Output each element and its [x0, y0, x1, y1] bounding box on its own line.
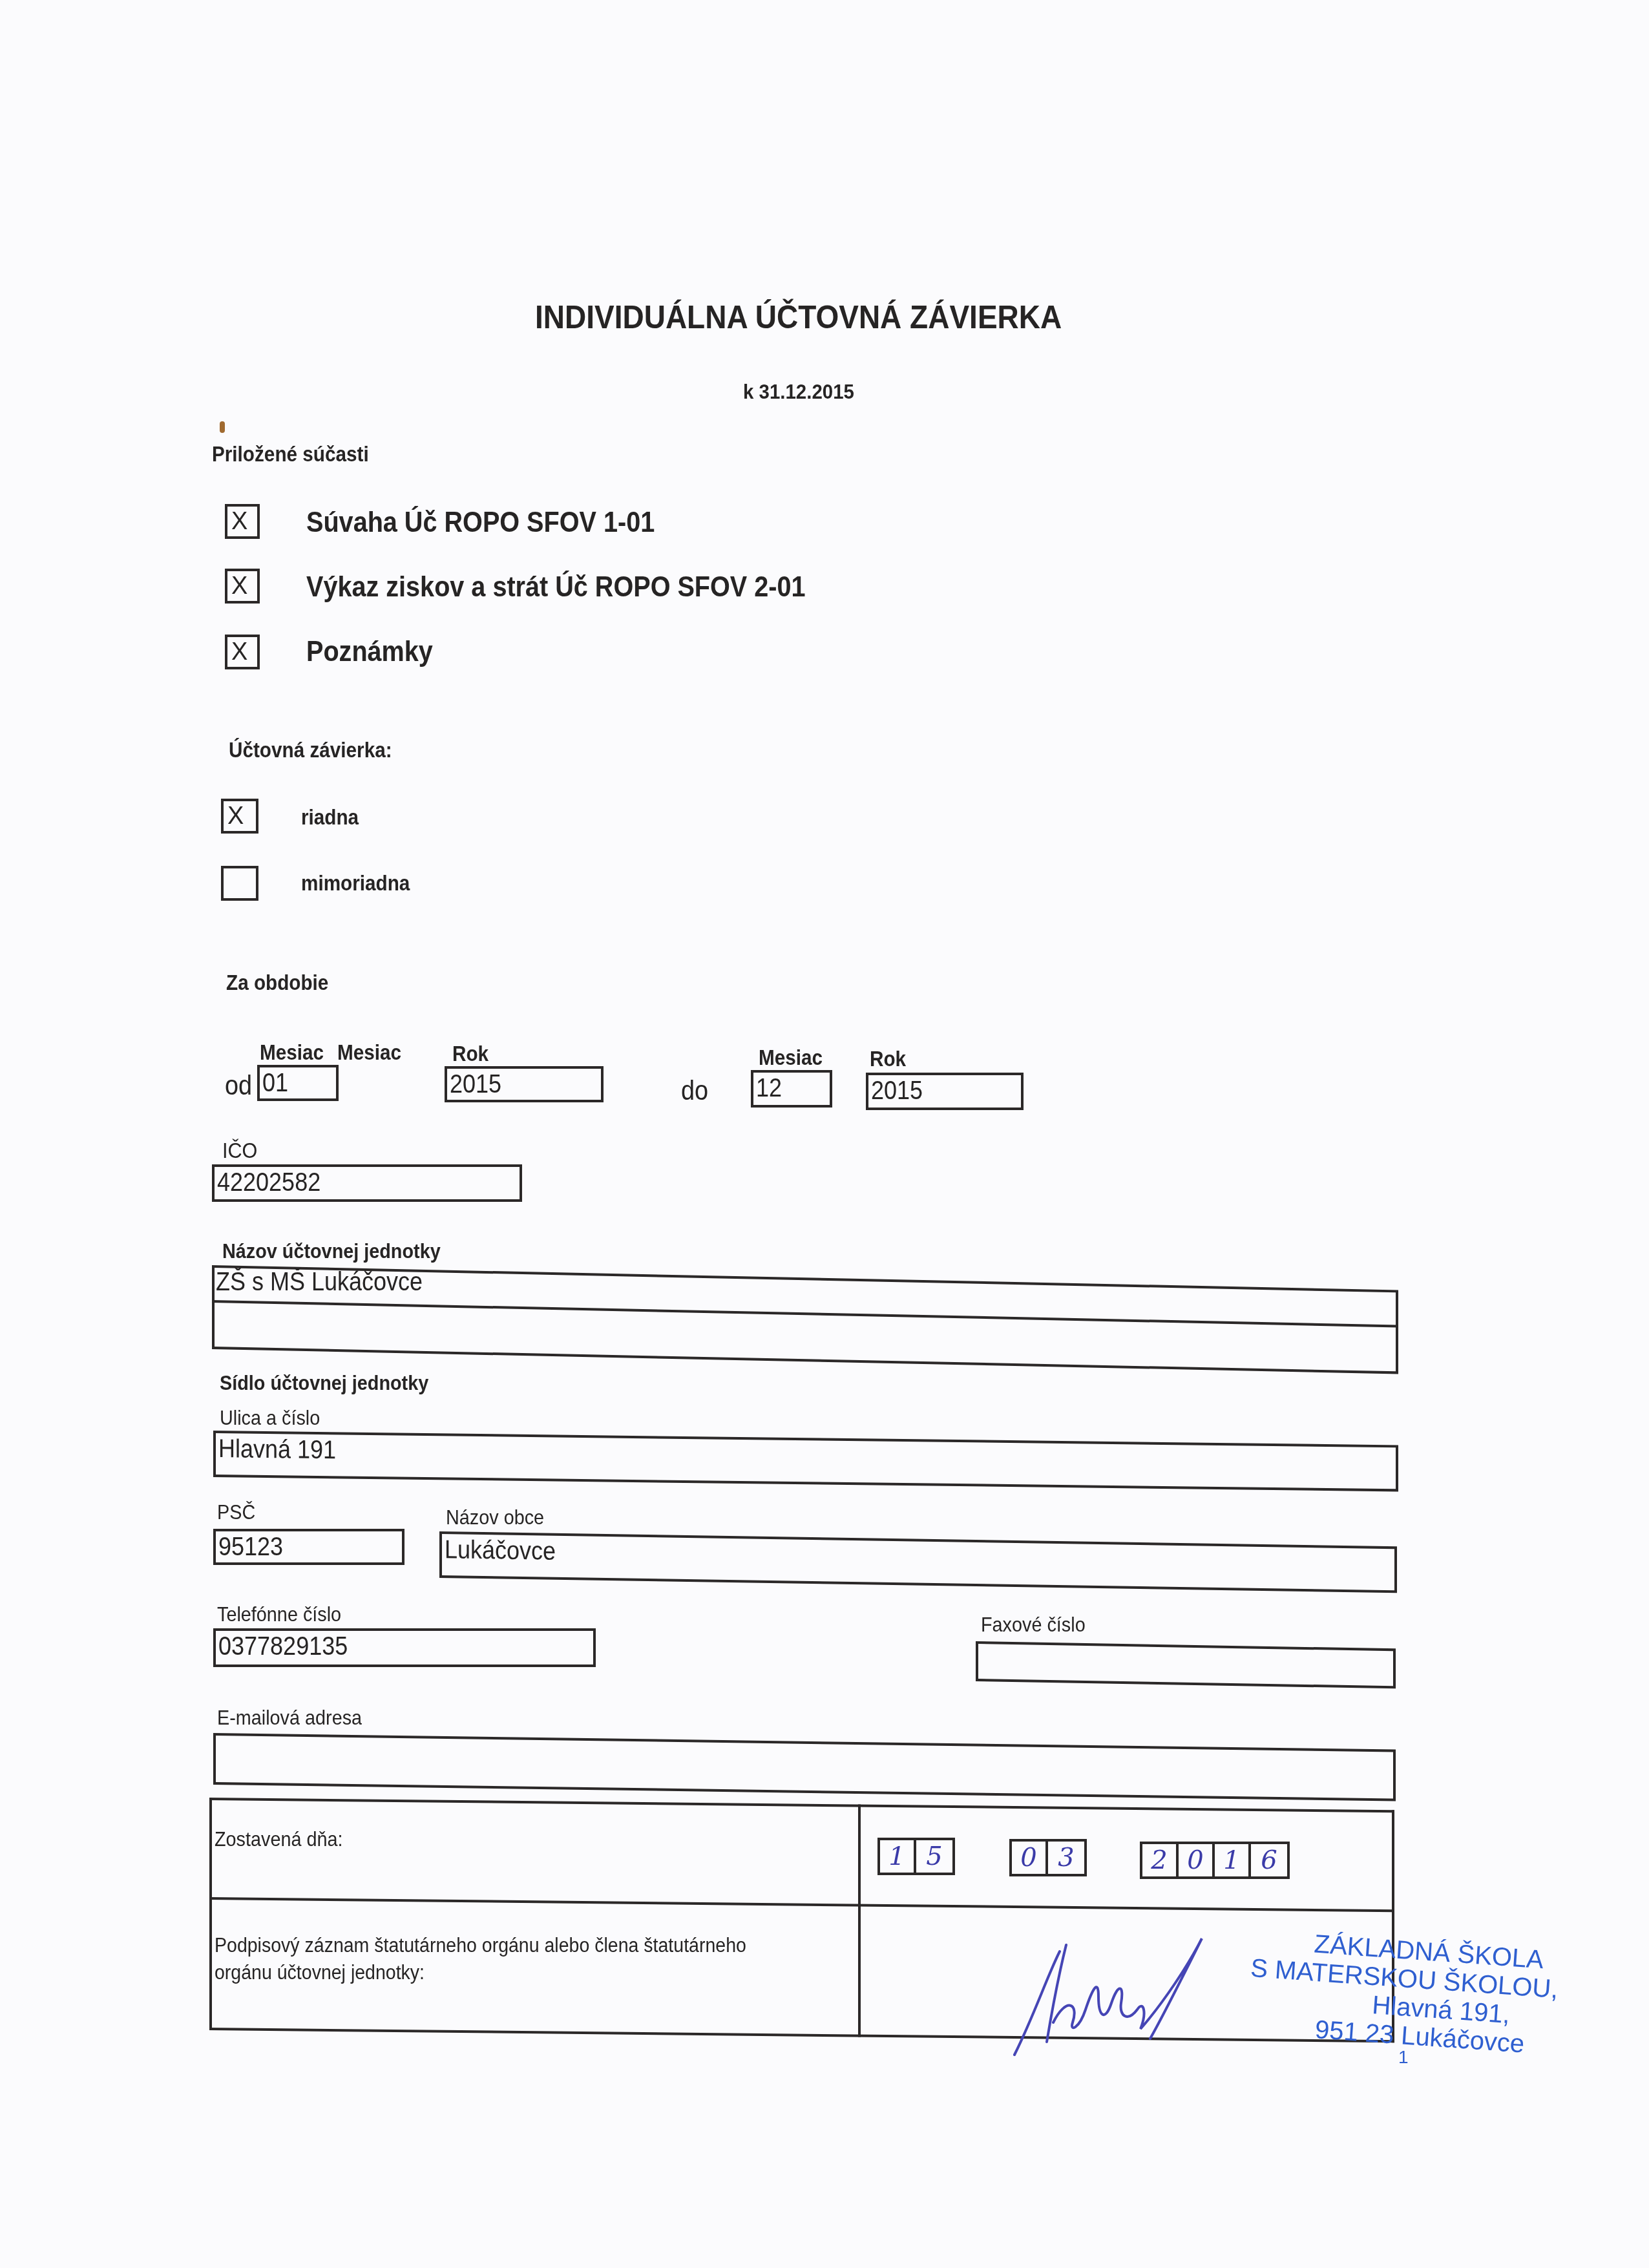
attachment-label-poznamky: Poznámky [306, 636, 433, 668]
ico-field[interactable]: 42202582 [212, 1164, 522, 1202]
table-middle-border [209, 1897, 1394, 1912]
to-month-field[interactable]: 12 [751, 1070, 832, 1108]
month-label-from: Mesiac [260, 1040, 324, 1065]
city-label: Názov obce [446, 1506, 544, 1529]
street-value: Hlavná 191 [218, 1436, 336, 1463]
zip-value: 95123 [218, 1534, 283, 1560]
attachment-label-vykaz: Výkaz ziskov a strát Úč ROPO SFOV 2-01 [306, 571, 806, 604]
to-year-field[interactable]: 2015 [866, 1073, 1024, 1110]
street-label: Ulica a číslo [220, 1406, 320, 1430]
street-field[interactable]: Hlavná 191 [213, 1431, 1398, 1491]
handwritten-signature [1008, 1926, 1254, 2068]
checkbox-suvaha[interactable]: X [225, 504, 260, 539]
phone-value: 0377829135 [218, 1633, 348, 1659]
phone-field[interactable]: 0377829135 [213, 1628, 596, 1667]
city-value: Lukáčovce [445, 1537, 556, 1564]
checkbox-riadna[interactable]: X [221, 799, 258, 834]
year-digit: 6 [1251, 1844, 1287, 1876]
to-month-heading: Mesiac [759, 1045, 823, 1070]
document-title: INDIVIDUÁLNA ÚČTOVNÁ ZÁVIERKA [535, 299, 1062, 336]
month-digit: 3 [1048, 1842, 1084, 1874]
option-label-mimoriadna: mimoriadna [301, 871, 410, 896]
checkbox-mimoriadna[interactable] [221, 866, 258, 901]
email-label: E-mailová adresa [217, 1706, 362, 1730]
entity-name-label: Názov účtovnej jednotky [222, 1239, 441, 1263]
from-month-value: 01 [262, 1070, 288, 1096]
paper-speck [220, 421, 225, 433]
to-year-heading: Rok [870, 1047, 906, 1071]
option-label-riadna: riadna [301, 805, 359, 830]
as-of-date: k 31.12.2015 [743, 380, 854, 404]
city-field[interactable]: Lukáčovce [439, 1531, 1397, 1593]
year-digit: 0 [1179, 1844, 1215, 1876]
fax-label: Faxové číslo [981, 1613, 1086, 1637]
signature-label: Podpisový záznam štatutárneho orgánu ale… [215, 1932, 803, 1986]
page-number: 1 [1398, 2047, 1409, 2068]
compiled-year-field[interactable]: 2 0 1 6 [1140, 1842, 1290, 1879]
attachment-label-suvaha: Súvaha Úč ROPO SFOV 1-01 [306, 507, 655, 539]
email-field[interactable] [213, 1733, 1396, 1801]
zip-label: PSČ [217, 1500, 255, 1524]
table-top-border [209, 1798, 1394, 1812]
fax-field[interactable] [976, 1641, 1396, 1688]
to-label: do [681, 1075, 708, 1106]
to-month-value: 12 [756, 1075, 782, 1101]
from-year-field[interactable]: 2015 [445, 1066, 604, 1102]
organization-stamp: ZÁKLADNÁ ŠKOLA S MATERSKOU ŠKOLOU, Hlavn… [1246, 1926, 1561, 2061]
year-digit: 2 [1142, 1844, 1179, 1876]
day-digit: 1 [880, 1840, 916, 1873]
zip-field[interactable]: 95123 [213, 1529, 404, 1565]
phone-label: Telefónne číslo [217, 1602, 341, 1626]
ico-value: 42202582 [217, 1170, 320, 1195]
table-left-border [209, 1798, 212, 2030]
address-heading: Sídlo účtovnej jednotky [220, 1371, 428, 1395]
period-heading: Za obdobie [226, 971, 328, 995]
compiled-label: Zostavená dňa: [215, 1827, 343, 1851]
from-year-value: 2015 [450, 1071, 501, 1097]
from-label: od [225, 1070, 252, 1101]
compiled-day-field[interactable]: 1 5 [877, 1838, 955, 1875]
to-year-value: 2015 [871, 1078, 923, 1104]
statement-type-heading: Účtovná závierka: [229, 738, 392, 762]
attachments-heading: Priložené súčasti [212, 442, 369, 467]
from-year-heading: Rok [452, 1042, 488, 1066]
year-digit: 1 [1215, 1844, 1251, 1876]
from-month-field[interactable]: 01 [257, 1065, 339, 1101]
from-month-heading: Mesiac [337, 1040, 401, 1065]
checkbox-vykaz[interactable]: X [225, 569, 260, 604]
entity-name-line1[interactable]: ZŠ s MŠ Lukáčovce [216, 1268, 423, 1297]
ico-label: IČO [222, 1139, 257, 1164]
month-digit: 0 [1012, 1842, 1048, 1874]
checkbox-poznamky[interactable]: X [225, 635, 260, 669]
day-digit: 5 [916, 1840, 952, 1873]
compiled-month-field[interactable]: 0 3 [1009, 1839, 1087, 1876]
table-column-divider [858, 1805, 861, 2037]
